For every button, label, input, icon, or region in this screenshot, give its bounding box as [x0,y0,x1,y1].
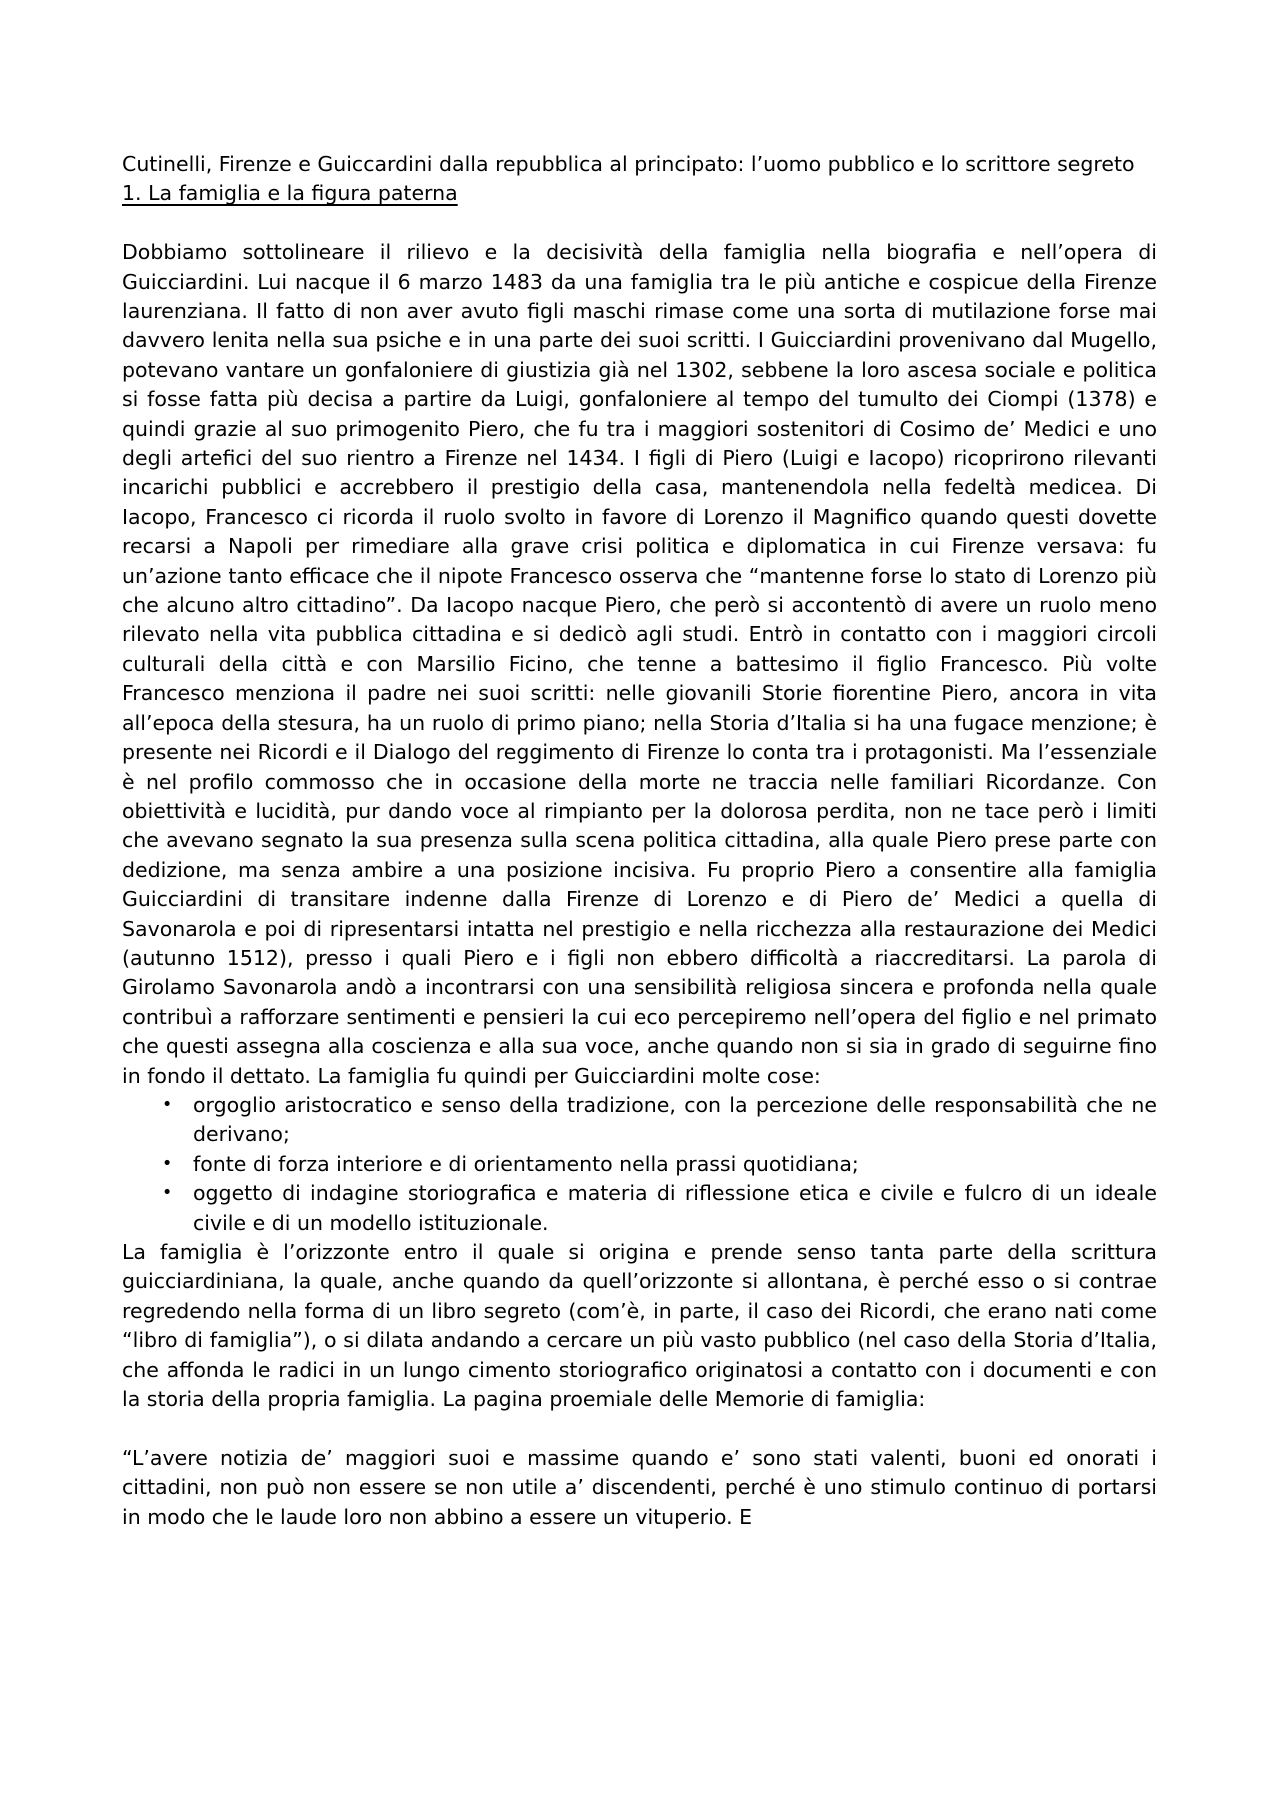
document-page: Cutinelli, Firenze e Guiccardini dalla r… [0,0,1280,1811]
paragraph-family-horizon: La famiglia è l’orizzonte entro il quale… [122,1238,1157,1414]
list-item-inner-strength: fonte di forza interiore e di orientamen… [193,1150,1157,1179]
list-item-historiographic-object: oggetto di indagine storiografica e mate… [193,1179,1157,1238]
paragraph-family-intro: Dobbiamo sottolineare il rilievo e la de… [122,238,1157,1091]
section-heading: 1. La famiglia e la figura paterna [122,179,1157,208]
family-roles-list: orgoglio aristocratico e senso della tra… [122,1091,1157,1238]
document-title: Cutinelli, Firenze e Guiccardini dalla r… [122,150,1157,179]
list-item-aristocratic-pride: orgoglio aristocratico e senso della tra… [193,1091,1157,1150]
quote-memorie-di-famiglia: “L’avere notizia de’ maggiori suoi e mas… [122,1444,1157,1532]
